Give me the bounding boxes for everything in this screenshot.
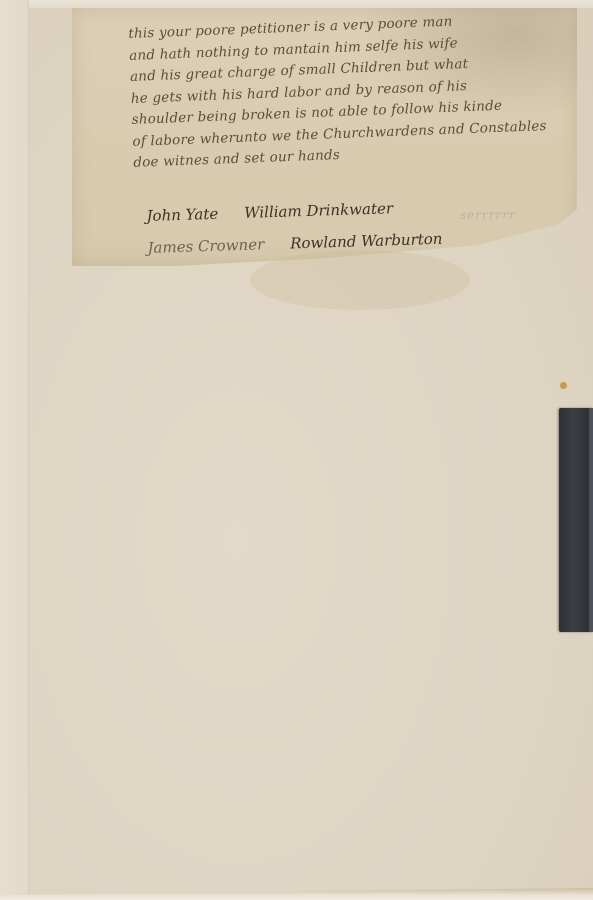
document-scan: serrrrrr this your poore petitioner is a… <box>0 0 593 900</box>
ink-spot <box>560 382 567 389</box>
bottom-edge <box>0 888 593 900</box>
signature: James Crowner <box>147 228 265 264</box>
signature: William Drinkwater <box>244 192 394 229</box>
signature-block: John Yate William Drinkwater James Crown… <box>146 189 488 264</box>
mounting-tab <box>559 408 593 632</box>
top-edge <box>0 0 593 8</box>
signature: Rowland Warburton <box>290 223 443 260</box>
petition-text: this your poore petitioner is a very poo… <box>128 7 583 175</box>
tab-edge <box>589 408 593 632</box>
left-margin-strip <box>0 0 29 900</box>
signature: John Yate <box>146 198 219 232</box>
